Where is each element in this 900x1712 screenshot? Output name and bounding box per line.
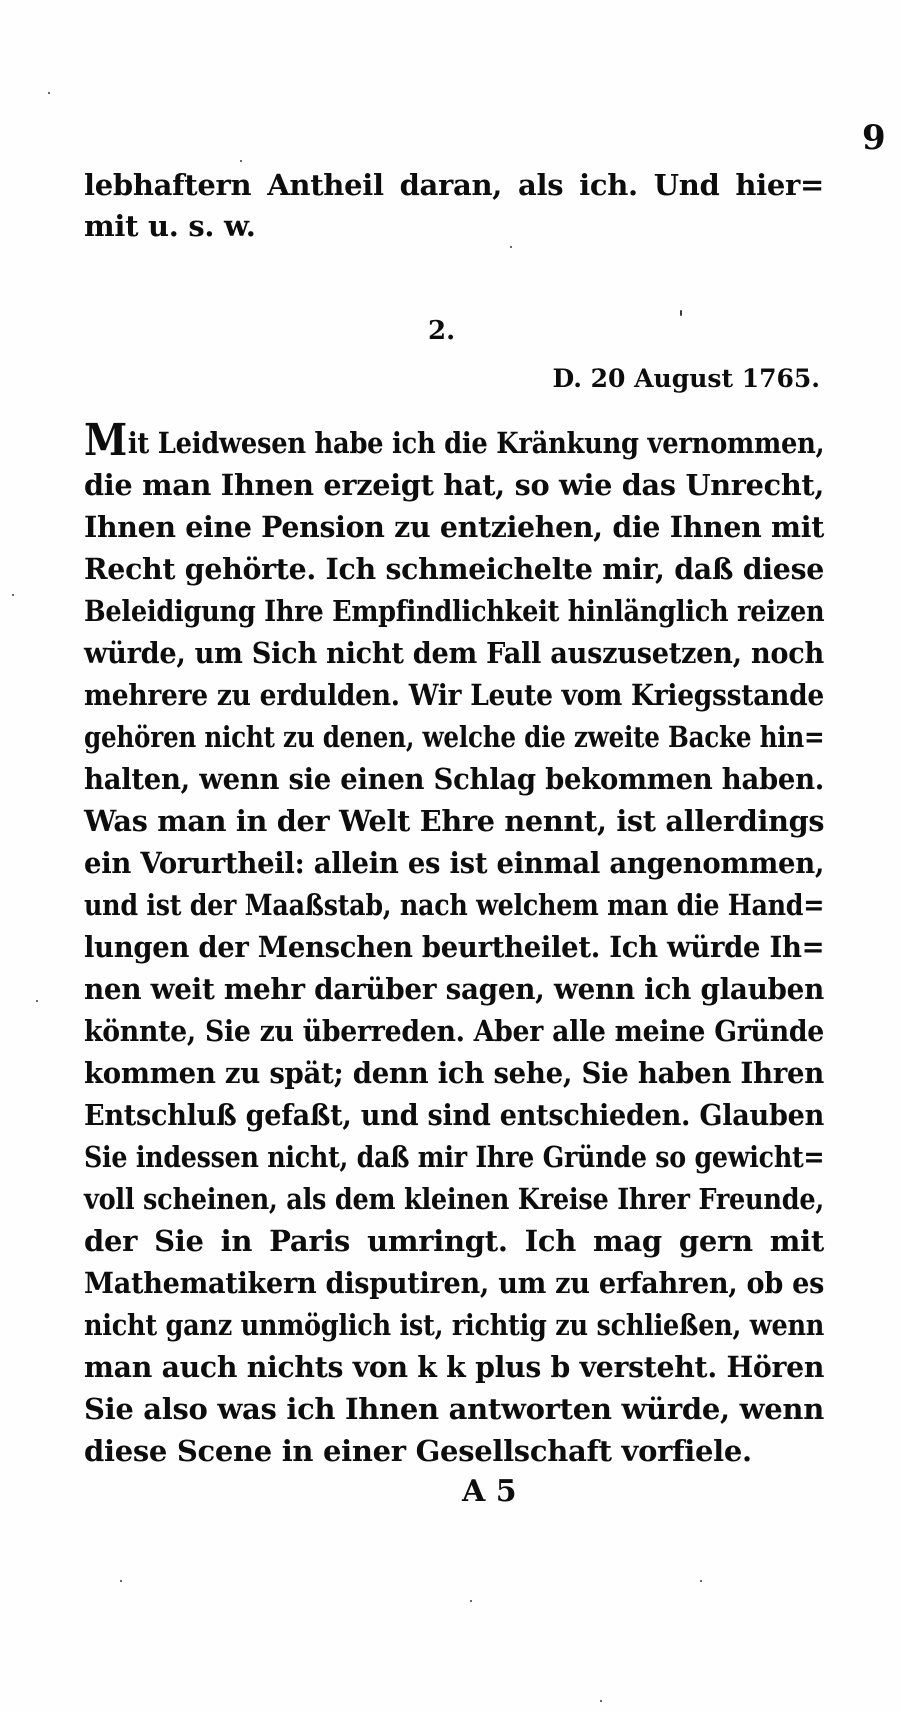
scan-speck (48, 92, 50, 94)
text-line: mit u. s. w. (84, 205, 824, 247)
text-line: Ihnen eine Pension zu entziehen, die Ihn… (84, 506, 824, 548)
scan-speck (700, 1580, 702, 1582)
text-line-first: Mit Leidwesen habe ich die Kränkung vern… (84, 422, 824, 464)
text-line: gehören nicht zu denen, welche die zweit… (84, 716, 824, 758)
book-page: 9 lebhaftern Antheil daran, als ich. Und… (0, 0, 900, 1712)
text-line-last: diese Scene in einer Gesellschaft vorfie… (84, 1430, 824, 1472)
text-line: kommen zu spät; denn ich sehe, Sie haben… (84, 1052, 824, 1094)
text-line: der Sie in Paris umringt. Ich mag gern m… (84, 1220, 824, 1262)
letter-number: 2. (428, 316, 455, 346)
drop-cap: M (84, 415, 127, 466)
text-line-content: it Leidwesen habe ich die Kränkung verno… (128, 426, 824, 460)
text-line: lebhaftern Antheil daran, als ich. Und h… (84, 164, 824, 206)
text-line: Recht gehörte. Ich schmeichelte mir, daß… (84, 548, 824, 590)
text-line: halten, wenn sie einen Schlag bekommen h… (84, 758, 824, 800)
text-line: nicht ganz unmöglich ist, richtig zu sch… (84, 1304, 824, 1346)
text-line: und ist der Maaßstab, nach welchem man d… (84, 884, 824, 926)
text-line: Beleidigung Ihre Empfindlichkeit hinläng… (84, 590, 824, 632)
scan-speck (240, 160, 242, 162)
text-line: Entschluß gefaßt, und sind entschieden. … (84, 1094, 824, 1136)
scan-speck (120, 1580, 122, 1582)
text-line: mehrere zu erdulden. Wir Leute vom Krieg… (84, 674, 824, 716)
text-line: könnte, Sie zu überreden. Aber alle mein… (84, 1010, 824, 1052)
text-line: Sie also was ich Ihnen antworten würde, … (84, 1388, 824, 1430)
text-line: man auch nichts von k k plus b versteht.… (84, 1346, 824, 1388)
scan-speck (680, 310, 682, 316)
scan-speck (36, 1000, 38, 1002)
text-line: ein Vorurtheil: allein es ist einmal ang… (84, 842, 824, 884)
text-line: würde, um Sich nicht dem Fall auszusetze… (84, 632, 824, 674)
letter-dateline: D. 20 August 1765. (540, 364, 820, 393)
text-line: Mathematikern disputiren, um zu erfahren… (84, 1262, 824, 1304)
scan-speck (510, 246, 512, 248)
text-line: Sie indessen nicht, daß mir Ihre Gründe … (84, 1136, 824, 1178)
page-number: 9 (862, 118, 886, 158)
scan-speck (12, 594, 14, 596)
scan-speck (600, 1700, 602, 1702)
text-line: nen weit mehr darüber sagen, wenn ich gl… (84, 968, 824, 1010)
printer-signature: A 5 (462, 1474, 517, 1509)
text-line: voll scheinen, als dem kleinen Kreise Ih… (84, 1178, 824, 1220)
text-line: lungen der Menschen beurtheilet. Ich wür… (84, 926, 824, 968)
text-line: die man Ihnen erzeigt hat, so wie das Un… (84, 464, 824, 506)
scan-speck (470, 1600, 472, 1602)
text-line: Was man in der Welt Ehre nennt, ist alle… (84, 800, 824, 842)
